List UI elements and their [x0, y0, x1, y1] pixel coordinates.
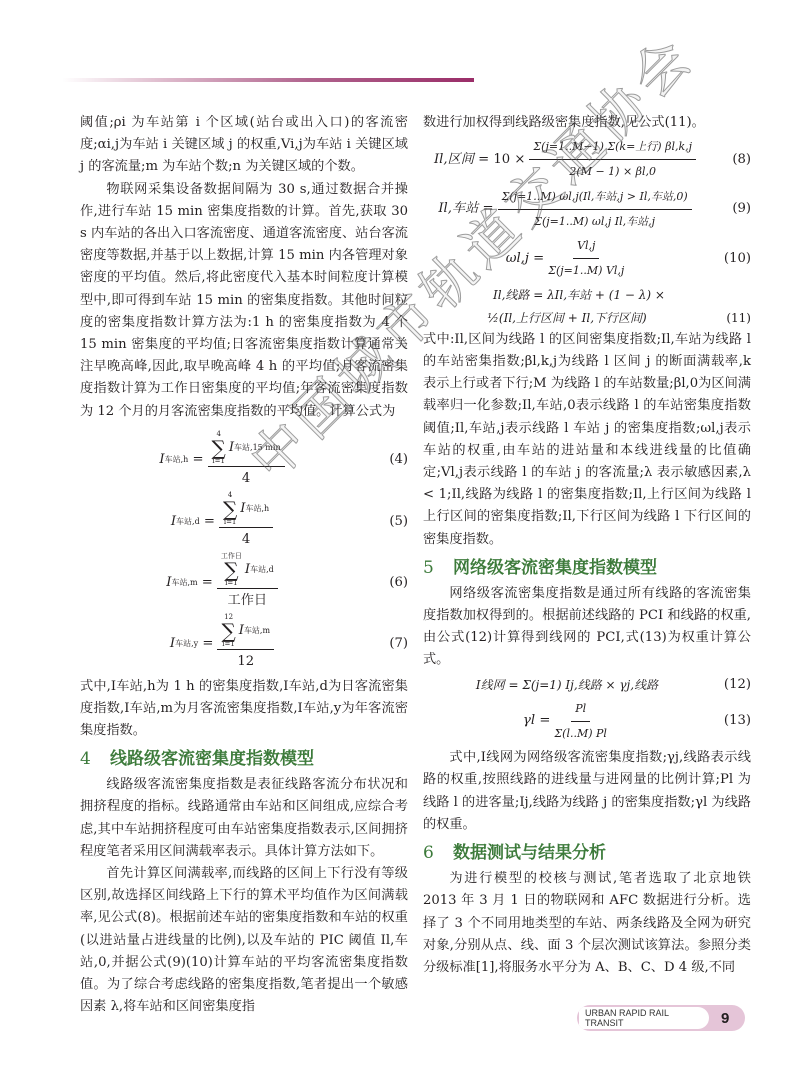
- journal-name: URBAN RAPID RAIL TRANSIT: [579, 1007, 709, 1029]
- equation-number: (10): [711, 248, 751, 270]
- equation-number: (4): [368, 449, 408, 471]
- equation-number: (11): [711, 307, 751, 329]
- paragraph: 式中,I车站,h为 1 h 的密集度指数,I车站,d为日客流密集度指数,I车站,…: [80, 676, 408, 743]
- equation-13: γl = Pl Σ(l..M) Pl (13): [423, 698, 751, 745]
- eq-lhs-sub: 车站,h: [165, 449, 189, 471]
- paragraph: 阈值;ρi 为车站第 i 个区域(站台或出入口)的客流密度;αi,j为车站 i …: [80, 112, 408, 179]
- sum-symbol: 4∑i=1: [212, 431, 226, 465]
- fraction: 4∑i=1I车站,h 4: [219, 492, 273, 551]
- paragraph: 式中,I线网为网络级客流密集度指数;γj,线路表示线路的权重,按照线路的进线量与…: [423, 747, 751, 836]
- equation-number: (7): [368, 633, 408, 655]
- paragraph: 网络级客流密集度指数是通过所有线路的客流密集度指数加权得到的。根据前述线路的 P…: [423, 583, 751, 672]
- equation-6: I车站,m = 工作日∑i=1I车站,d 工作日 (6): [80, 553, 408, 612]
- paragraph: 为进行模型的校核与测试,笔者选取了北京地铁 2013 年 3 月 1 日的物联网…: [423, 868, 751, 979]
- sum-symbol: 12∑i=1: [221, 614, 235, 648]
- equation-12: I线网 = Σ(j=1) Ij,线路 × γj,线路 (12): [423, 674, 751, 696]
- equation-5: I车站,d = 4∑i=1I车站,h 4 (5): [80, 492, 408, 551]
- section-heading-6: 6数据测试与结果分析: [423, 840, 751, 866]
- sum-symbol: 4∑i=1: [223, 492, 237, 526]
- paragraph: 式中:Il,区间为线路 l 的区间密集度指数;Il,车站为线路 l 的车站密集指…: [423, 329, 751, 551]
- equation-number: (8): [711, 149, 751, 171]
- equation-number: (5): [368, 511, 408, 533]
- fraction: Pl Σ(l..M) Pl: [554, 698, 607, 745]
- fraction: 工作日∑i=1I车站,d 工作日: [217, 553, 278, 612]
- equation-7: I车站,y = 12∑i=1I车站,m 12 (7): [80, 614, 408, 673]
- fraction: Vl,j Σ(j=1..M) Vl,j: [548, 235, 624, 282]
- header-rule: [62, 78, 474, 82]
- paragraph: 首先计算区间满载率,而线路的区间上下行没有等级区别,故选择区间线路上下行的算术平…: [80, 863, 408, 1018]
- left-column: 阈值;ρi 为车站第 i 个区域(站台或出入口)的客流密度;αi,j为车站 i …: [80, 112, 408, 1019]
- equation-number: (12): [711, 674, 751, 696]
- equation-number: (9): [711, 198, 751, 220]
- equation-number: (13): [711, 710, 751, 732]
- fraction: 12∑i=1I车站,m 12: [217, 614, 274, 673]
- page-number: 9: [721, 1010, 729, 1027]
- paragraph: 线路级客流密集度指数是表征线路客流分布状况和拥挤程度的指标。线路通常由车站和区间…: [80, 774, 408, 863]
- section-heading-4: 4线路级客流密集度指数模型: [80, 746, 408, 772]
- sum-symbol: 工作日∑i=1: [221, 553, 242, 587]
- equation-number: (6): [368, 572, 408, 594]
- section-heading-5: 5网络级客流密集度指数模型: [423, 555, 751, 581]
- page-footer: URBAN RAPID RAIL TRANSIT 9: [577, 1005, 745, 1031]
